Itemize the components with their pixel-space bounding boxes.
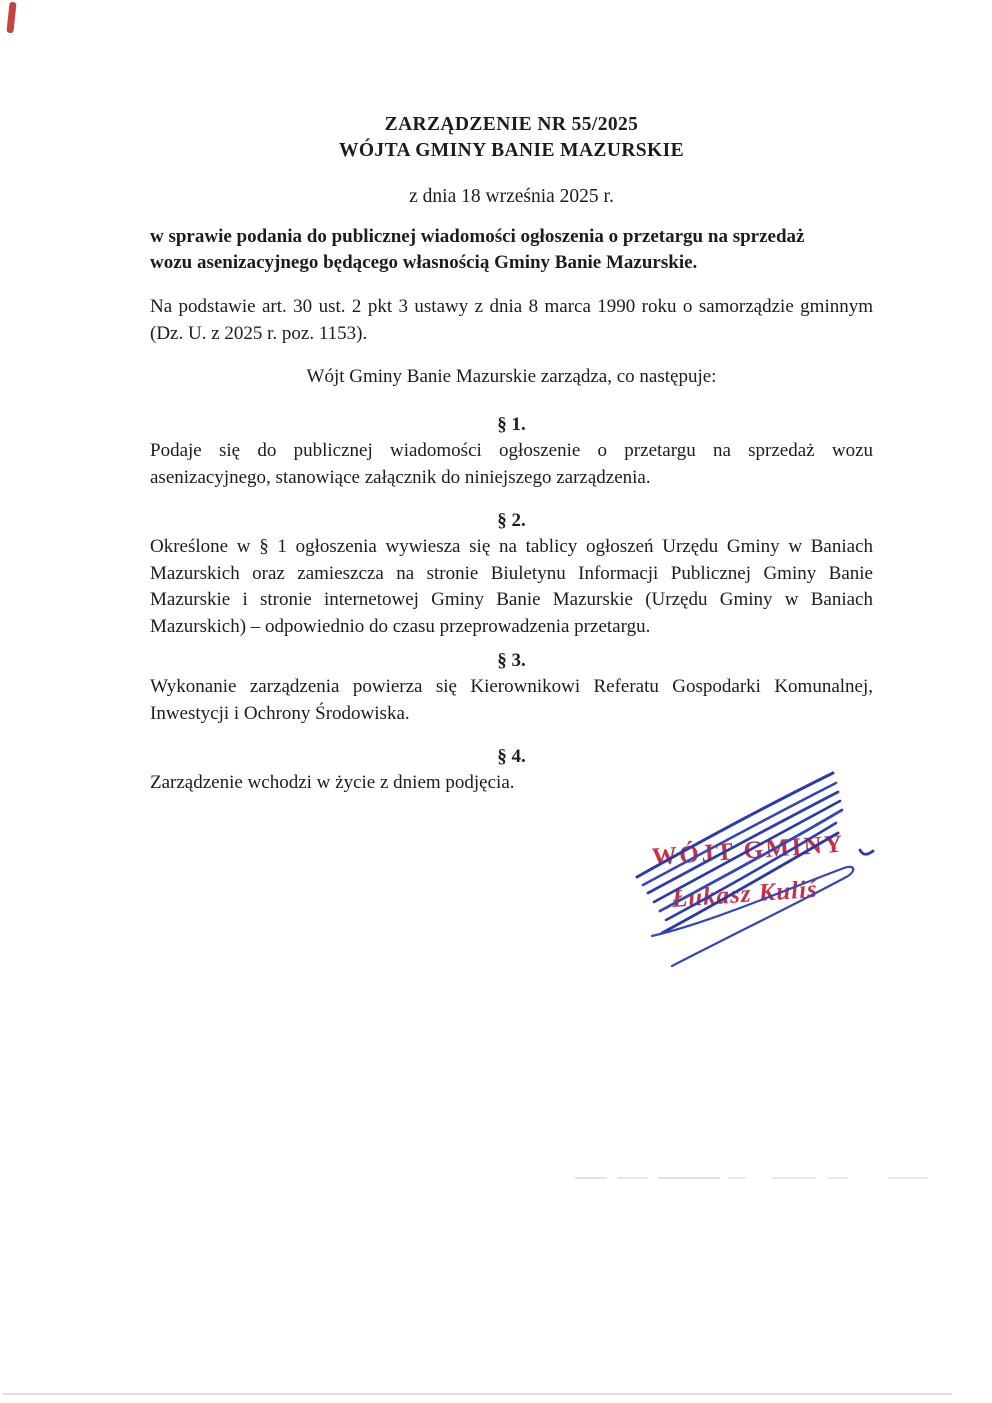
section-2-line: Mazurskich oraz zamieszcza na stronie Bi… [150, 561, 873, 588]
scan-dash [772, 1177, 816, 1179]
section-2-mark: § 2. [150, 508, 873, 534]
stamp-role-text: WÓJT GMINY [651, 831, 842, 872]
document-number-line: ZARZĄDZENIE NR 55/2025 [150, 112, 873, 138]
date-line: z dnia 18 września 2025 r. [150, 184, 873, 210]
scan-dash [728, 1177, 746, 1179]
legal-basis-line: Na podstawie art. 30 ust. 2 pkt 3 ustawy… [150, 294, 873, 321]
subject-block: w sprawie podania do publicznej wiadomoś… [150, 224, 873, 276]
document-title: ZARZĄDZENIE NR 55/2025 WÓJTA GMINY BANIE… [150, 112, 873, 164]
scan-dash [888, 1177, 928, 1179]
section-2-text: Określone w § 1 ogłoszenia wywiesza się … [150, 534, 873, 640]
section-1-line: Podaje się do publicznej wiadomości ogło… [150, 438, 873, 465]
section-3-mark: § 3. [150, 648, 873, 674]
scan-dash [575, 1177, 607, 1179]
section-3-line: Wykonanie zarządzenia powierza się Kiero… [150, 674, 873, 701]
scan-dash [618, 1177, 648, 1179]
page-bottom-scan-edge [2, 1393, 952, 1395]
red-corner-scan-mark [6, 2, 16, 34]
signature-area: WÓJT GMINY Łukasz Kuliś [608, 760, 900, 975]
section-1-mark: § 1. [150, 412, 873, 438]
section-2-line: Określone w § 1 ogłoszenia wywiesza się … [150, 534, 873, 561]
preamble-line: Wójt Gminy Banie Mazurskie zarządza, co … [150, 364, 873, 390]
section-2-line: Mazurskie i stronie internetowej Gminy B… [150, 587, 873, 614]
document-page: ZARZĄDZENIE NR 55/2025 WÓJTA GMINY BANIE… [0, 0, 992, 1403]
subject-line: wozu asenizacyjnego będącego własnością … [150, 250, 873, 276]
stamp-name-text: Łukasz Kuliś [671, 873, 862, 914]
section-1-text: Podaje się do publicznej wiadomości ogło… [150, 438, 873, 491]
section-3-text: Wykonanie zarządzenia powierza się Kiero… [150, 674, 873, 727]
scan-dash [658, 1177, 720, 1179]
legal-basis-block: Na podstawie art. 30 ust. 2 pkt 3 ustawy… [150, 294, 873, 347]
scan-dash [828, 1177, 848, 1179]
section-3-line: Inwestycji i Ochrony Środowiska. [150, 701, 873, 728]
legal-basis-line: (Dz. U. z 2025 r. poz. 1153). [150, 321, 873, 348]
scan-artifact-dashes [0, 1177, 992, 1180]
section-1-line: asenizacyjnego, stanowiące załącznik do … [150, 465, 873, 492]
section-2-line: Mazurskich) – odpowiednio do czasu przep… [150, 614, 873, 641]
subject-line: w sprawie podania do publicznej wiadomoś… [150, 224, 873, 250]
issuer-line: WÓJTA GMINY BANIE MAZURSKIE [150, 138, 873, 164]
